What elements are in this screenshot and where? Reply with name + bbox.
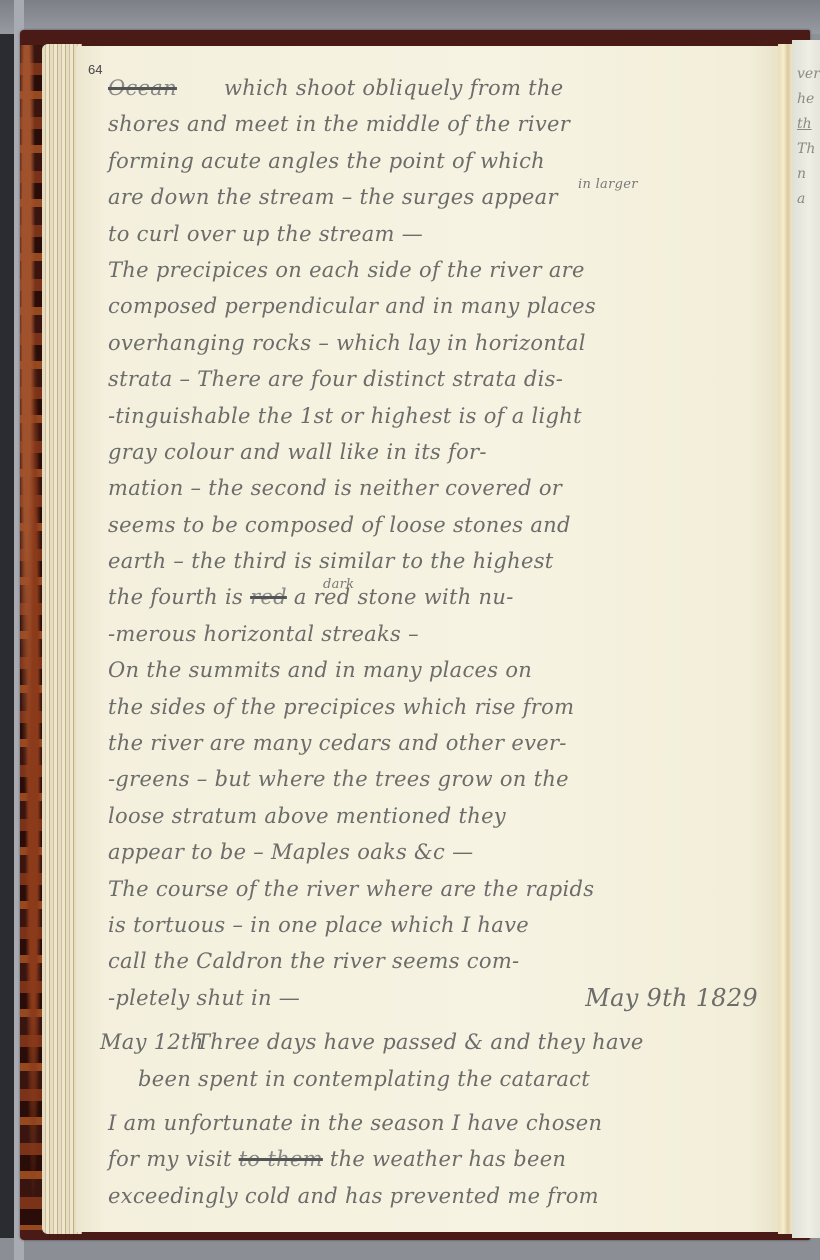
text-line: exceedingly cold and has prevented me fr… (108, 1178, 778, 1214)
line-text: -tinguishable the 1st or highest is of a… (108, 404, 582, 428)
text-line: for my visit to them the weather has bee… (108, 1141, 778, 1177)
line-text: is tortuous – in one place which I have (108, 913, 529, 937)
facing-fragment: he (797, 87, 820, 112)
text-line: gray colour and wall like in its for- (108, 434, 778, 470)
line-text: seems to be composed of loose stones and (108, 513, 571, 537)
line-text: -pletely shut in — (108, 986, 300, 1010)
line-text: call the Caldron the river seems com- (108, 949, 519, 973)
line-text: loose stratum above mentioned they (108, 804, 506, 828)
line-text: I am unfortunate in the season I have ch… (108, 1111, 602, 1135)
line-text: been spent in contemplating the cataract (138, 1067, 590, 1091)
text-line: I am unfortunate in the season I have ch… (108, 1105, 778, 1141)
backdrop-top (0, 0, 820, 34)
backdrop-bottom (0, 1238, 820, 1260)
line-text-tail: the weather has been (330, 1147, 566, 1171)
line-text: overhanging rocks – which lay in horizon… (108, 331, 586, 355)
marbled-cover-edge (20, 45, 42, 1230)
line-text: exceedingly cold and has prevented me fr… (108, 1184, 599, 1208)
text-line: shores and meet in the middle of the riv… (108, 106, 778, 142)
text-line: On the summits and in many places on (108, 652, 778, 688)
line-text: which shoot obliquely from the (184, 76, 563, 100)
text-line: are down the stream – the surges in larg… (108, 179, 778, 215)
text-line: The course of the river where are the ra… (108, 871, 778, 907)
text-line: call the Caldron the river seems com- (108, 943, 778, 979)
text-line: Ocean which shoot obliquely from the (108, 70, 778, 106)
line-text: mation – the second is neither covered o… (108, 476, 562, 500)
handwritten-text: Ocean which shoot obliquely from the sho… (108, 70, 778, 1214)
text-line: May 12th Three days have passed & and th… (108, 1024, 778, 1060)
struck-word: to them (239, 1147, 323, 1171)
line-text: composed perpendicular and in many place… (108, 294, 596, 318)
line-text: the river are many cedars and other ever… (108, 731, 567, 755)
facing-fragment: Th (797, 137, 820, 162)
facing-page-text: ver he th Th n a (797, 62, 820, 212)
text-line: -pletely shut in — May 9th 1829 (108, 980, 778, 1016)
facing-fragment: ver (797, 62, 820, 87)
line-text: for my visit (108, 1147, 232, 1171)
text-line: mation – the second is neither covered o… (108, 470, 778, 506)
text-line: earth – the third is similar to the high… (108, 543, 778, 579)
text-line: the fourth is red dark a red stone with … (108, 579, 778, 615)
text-line: is tortuous – in one place which I have (108, 907, 778, 943)
page-number: 64 (88, 62, 102, 77)
struck-word: red (250, 585, 287, 609)
text-line: -merous horizontal streaks – (108, 616, 778, 652)
facing-fragment: a (797, 187, 820, 212)
line-text: shores and meet in the middle of the riv… (108, 112, 570, 136)
line-text: The course of the river where are the ra… (108, 877, 594, 901)
facing-page (792, 40, 820, 1238)
text-line: composed perpendicular and in many place… (108, 288, 778, 324)
book-gutter (778, 44, 792, 1234)
text-line: seems to be composed of loose stones and (108, 507, 778, 543)
text-line: been spent in contemplating the cataract (108, 1061, 778, 1097)
line-text: -merous horizontal streaks – (108, 622, 419, 646)
line-text: to curl over up the stream — (108, 222, 423, 246)
backdrop-left-dark (0, 0, 14, 1260)
text-line: loose stratum above mentioned they (108, 798, 778, 834)
line-text: The precipices on each side of the river… (108, 258, 585, 282)
text-line: overhanging rocks – which lay in horizon… (108, 325, 778, 361)
text-line: the river are many cedars and other ever… (108, 725, 778, 761)
line-text: are down the stream – the surges (108, 185, 475, 209)
interlinear-insert: in larger (578, 167, 638, 203)
text-line: forming acute angles the point of which (108, 143, 778, 179)
margin-date: May 12th (100, 1024, 204, 1060)
text-line: strata – There are four distinct strata … (108, 361, 778, 397)
text-line: appear to be – Maples oaks &c — (108, 834, 778, 870)
text-line: The precipices on each side of the river… (108, 252, 778, 288)
line-text: strata – There are four distinct strata … (108, 367, 563, 391)
line-text: forming acute angles the point of which (108, 149, 545, 173)
line-text: the fourth is (108, 585, 243, 609)
text-line: the sides of the precipices which rise f… (108, 689, 778, 725)
line-text: appear to be – Maples oaks &c — (108, 840, 473, 864)
line-text: -greens – but where the trees grow on th… (108, 767, 569, 791)
line-text: the sides of the precipices which rise f… (108, 695, 574, 719)
entry-date: May 9th 1829 (585, 980, 758, 1016)
interlinear-insert: dark (323, 567, 354, 603)
text-line: -tinguishable the 1st or highest is of a… (108, 398, 778, 434)
facing-fragment: th (797, 112, 820, 137)
struck-word: Ocean (108, 76, 177, 100)
facing-fragment: n (797, 162, 820, 187)
line-text-tail: appear (482, 185, 558, 209)
text-line: -greens – but where the trees grow on th… (108, 761, 778, 797)
text-line: to curl over up the stream — (108, 216, 778, 252)
line-text: gray colour and wall like in its for- (108, 440, 487, 464)
line-text: On the summits and in many places on (108, 658, 532, 682)
